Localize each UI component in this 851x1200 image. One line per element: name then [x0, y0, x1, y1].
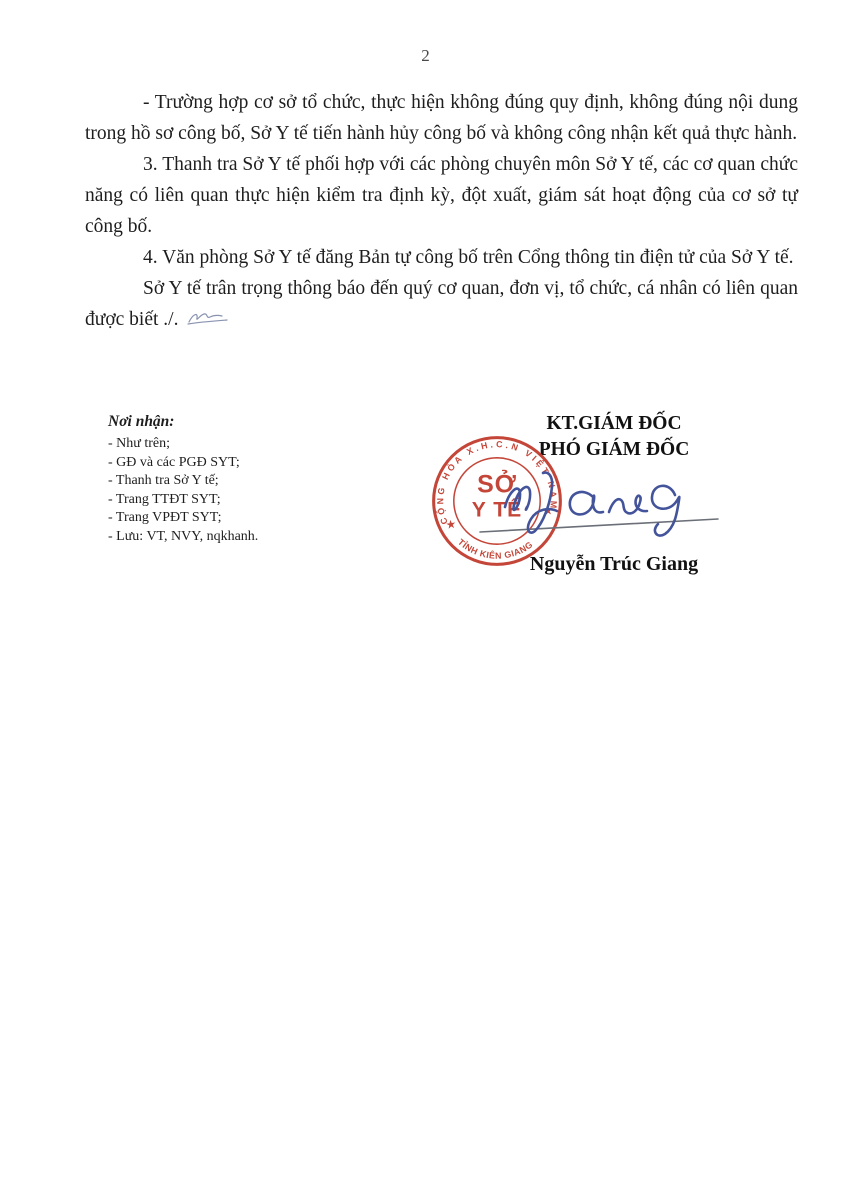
seal-star-left-icon: ★: [446, 519, 456, 531]
recipient-item: - Thanh tra Sở Y tế;: [108, 472, 258, 491]
document-page: { "page": { "number": "2", "background_c…: [0, 0, 851, 1200]
paragraph-item-4: 4. Văn phòng Sở Y tế đăng Bản tự công bố…: [85, 242, 798, 273]
signature-stroke: [652, 486, 679, 536]
handwritten-initials-icon: [186, 311, 232, 327]
signature-stroke: [528, 473, 557, 533]
signature-footer: Nơi nhận: - Như trên; - GĐ và các PGĐ SY…: [0, 405, 851, 735]
signature-stroke: [609, 496, 647, 514]
recipients-heading: Nơi nhận:: [108, 413, 258, 431]
recipient-item: - Trang VPĐT SYT;: [108, 509, 258, 528]
page-number: 2: [0, 46, 851, 66]
signature-underline: [480, 519, 718, 532]
paragraph-item-3: 3. Thanh tra Sở Y tế phối hợp với các ph…: [85, 149, 798, 242]
recipient-item: - GĐ và các PGĐ SYT;: [108, 454, 258, 473]
recipient-item: - Trang TTĐT SYT;: [108, 491, 258, 510]
recipient-item: - Lưu: VT, NVY, nqkhanh.: [108, 528, 258, 547]
signature-stroke: [505, 487, 530, 510]
recipients-block: Nơi nhận: - Như trên; - GĐ và các PGĐ SY…: [108, 413, 258, 546]
signature-stroke: [570, 492, 603, 514]
handwritten-signature: [465, 455, 735, 565]
recipient-item: - Như trên;: [108, 435, 258, 454]
document-body: - Trường hợp cơ sở tổ chức, thực hiện kh…: [85, 87, 798, 335]
signer-name: Nguyễn Trúc Giang: [498, 553, 730, 576]
paragraph-case-violation: - Trường hợp cơ sở tổ chức, thực hiện kh…: [85, 87, 798, 149]
paragraph-closing: Sở Y tế trân trọng thông báo đến quý cơ …: [85, 273, 798, 335]
